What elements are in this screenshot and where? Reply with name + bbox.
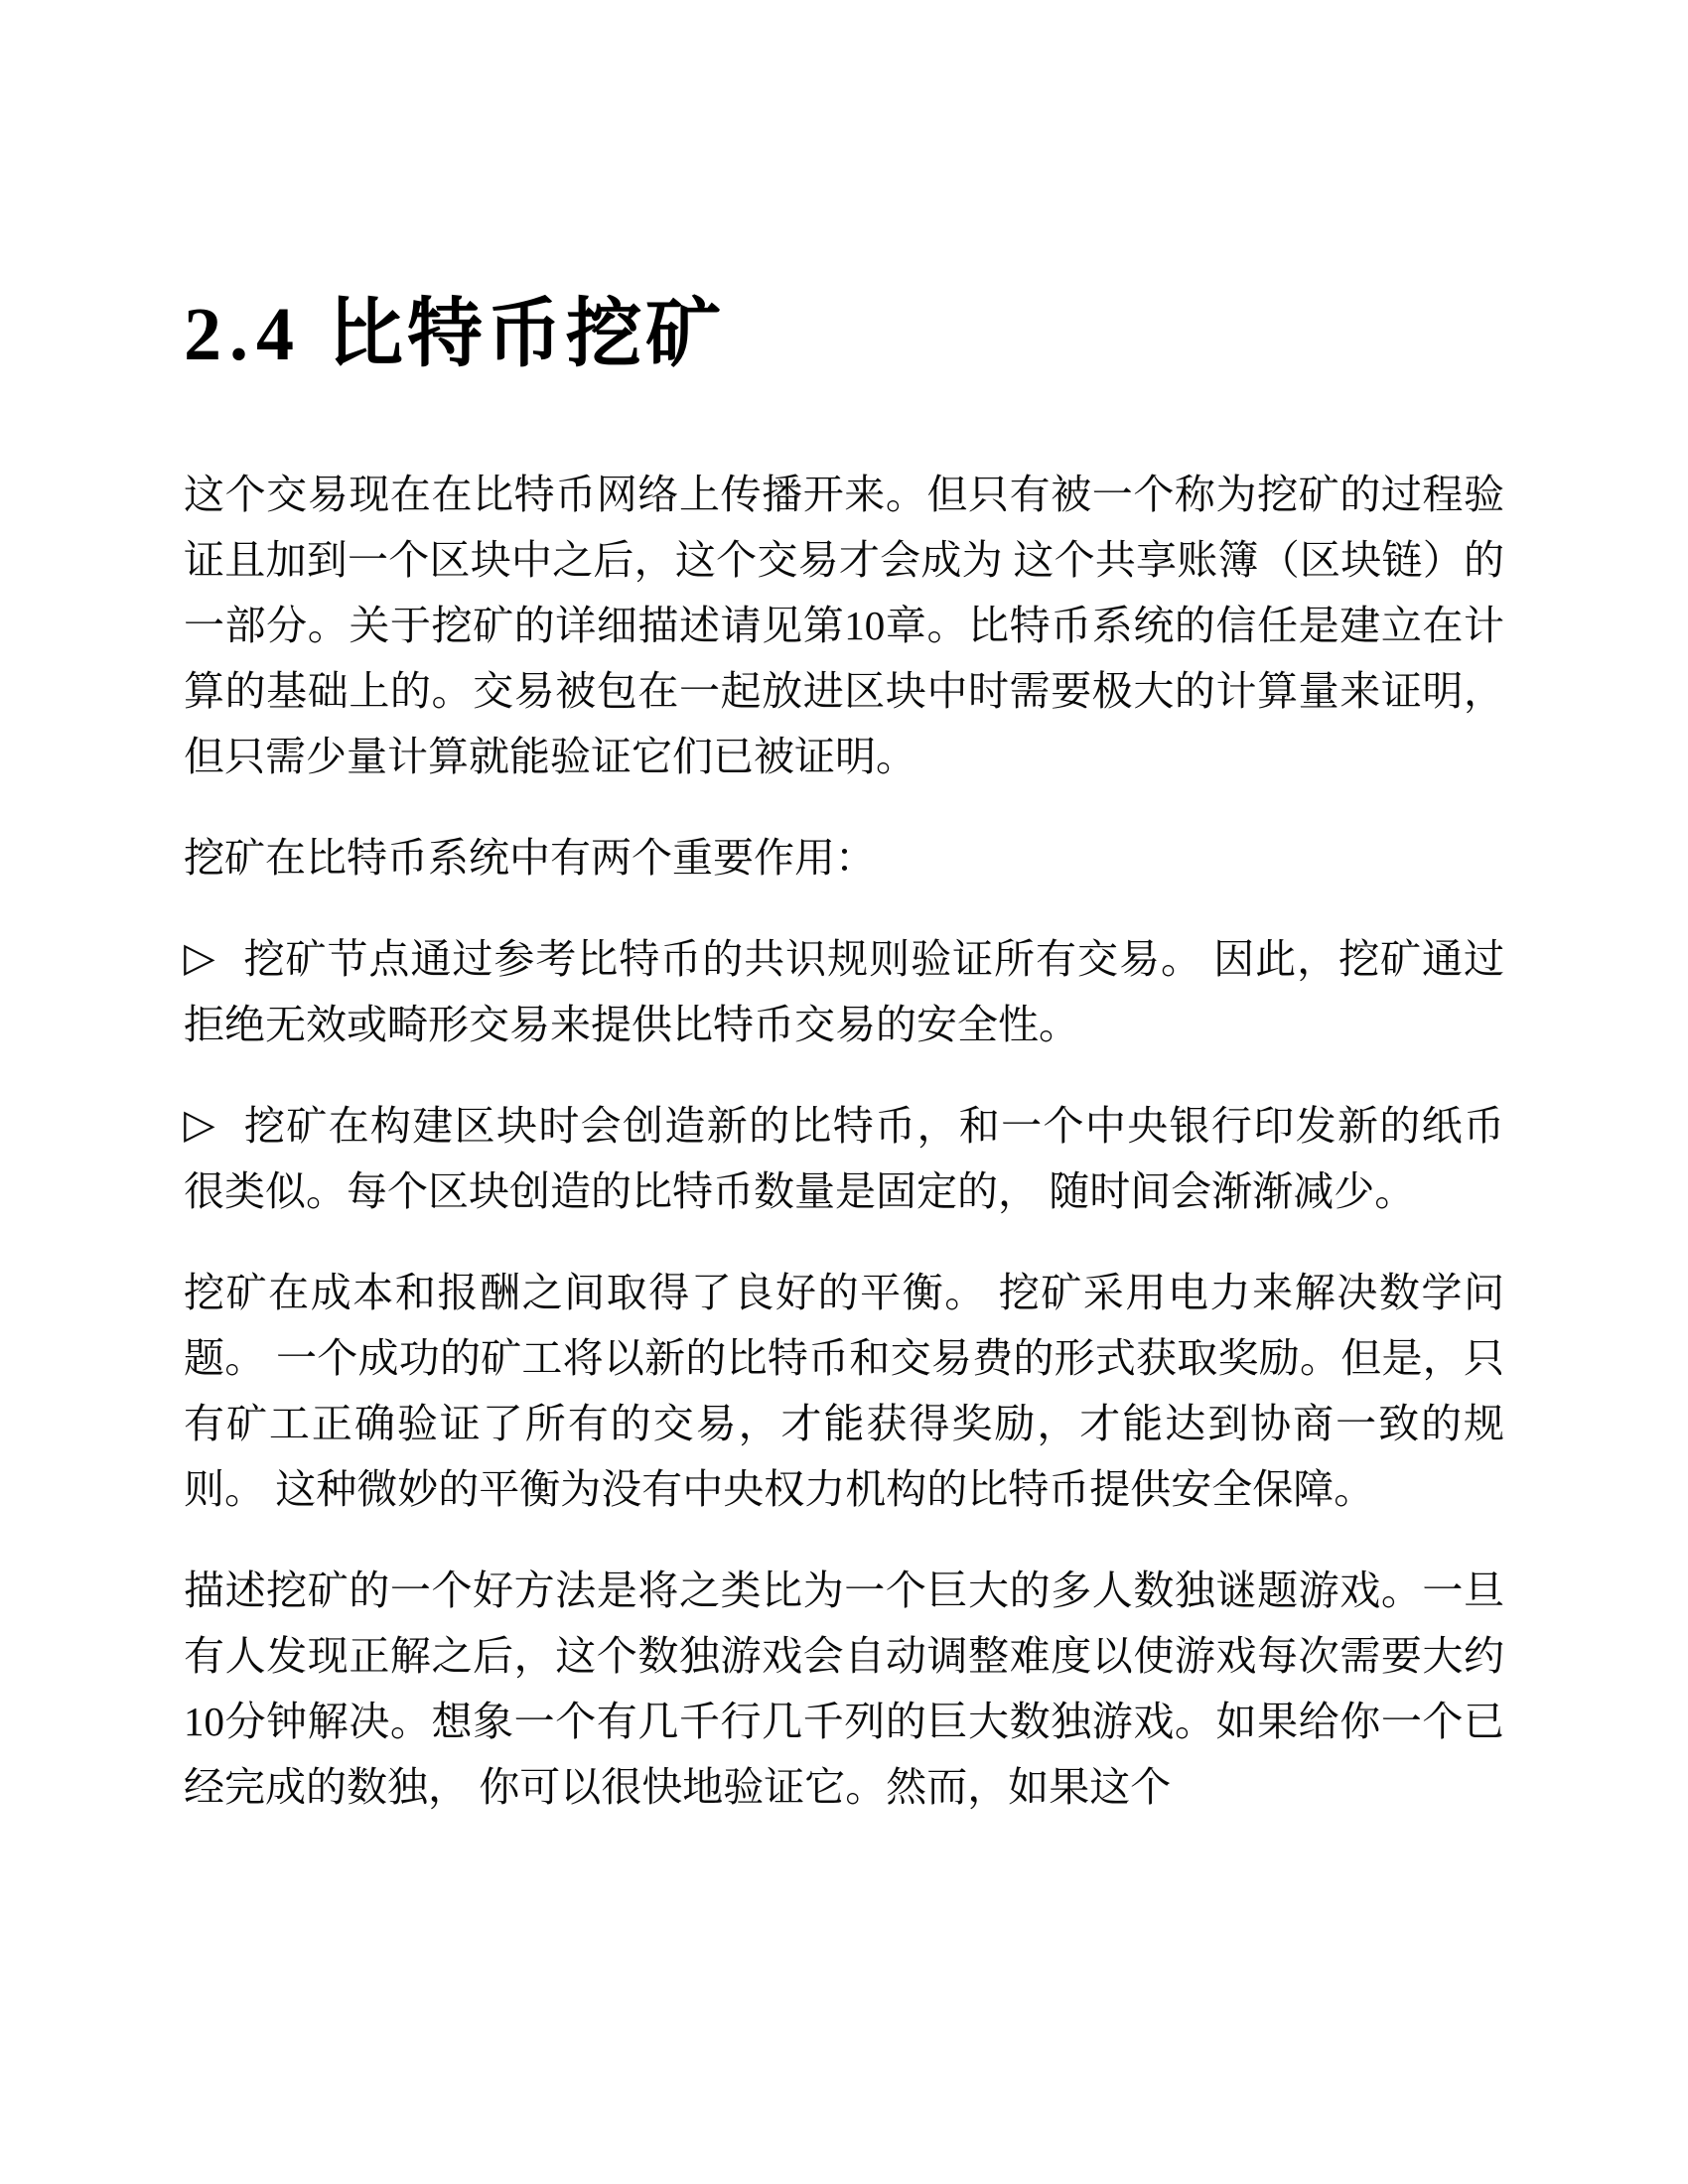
section-heading: 2.4比特币挖矿 [184,0,1504,384]
section-title: 比特币挖矿 [328,293,725,376]
triangle-bullet-icon: ▷ [184,1091,215,1157]
bullet-item-new-coins: ▷挖矿在构建区块时会创造新的比特币，和一个中央银行印发新的纸币很类似。每个区块创… [184,1093,1504,1224]
triangle-bullet-icon: ▷ [184,924,215,990]
document-page: 2.4比特币挖矿 这个交易现在在比特币网络上传播开来。但只有被一个称为挖矿的过程… [0,0,1688,2184]
paragraph-sudoku-analogy: 描述挖矿的一个好方法是将之类比为一个巨大的多人数独谜题游戏。一旦有人发现正解之后… [184,1558,1504,1820]
paragraph-cost-reward-balance: 挖矿在成本和报酬之间取得了良好的平衡。 挖矿采用电力来解决数学问题。 一个成功的… [184,1260,1504,1522]
bullet-text: 挖矿节点通过参考比特币的共识规则验证所有交易。 因此，挖矿通过拒绝无效或畸形交易… [184,936,1504,1047]
bullet-text: 挖矿在构建区块时会创造新的比特币，和一个中央银行印发新的纸币很类似。每个区块创造… [184,1103,1504,1214]
paragraph-transaction-propagation: 这个交易现在在比特币网络上传播开来。但只有被一个称为挖矿的过程验证且加到一个区块… [184,462,1504,789]
bullet-item-validation: ▷挖矿节点通过参考比特币的共识规则验证所有交易。 因此，挖矿通过拒绝无效或畸形交… [184,926,1504,1057]
section-number: 2.4 [184,293,302,376]
paragraph-mining-purposes-intro: 挖矿在比特币系统中有两个重要作用： [184,825,1504,890]
page-content: 2.4比特币挖矿 这个交易现在在比特币网络上传播开来。但只有被一个称为挖矿的过程… [0,0,1688,1820]
